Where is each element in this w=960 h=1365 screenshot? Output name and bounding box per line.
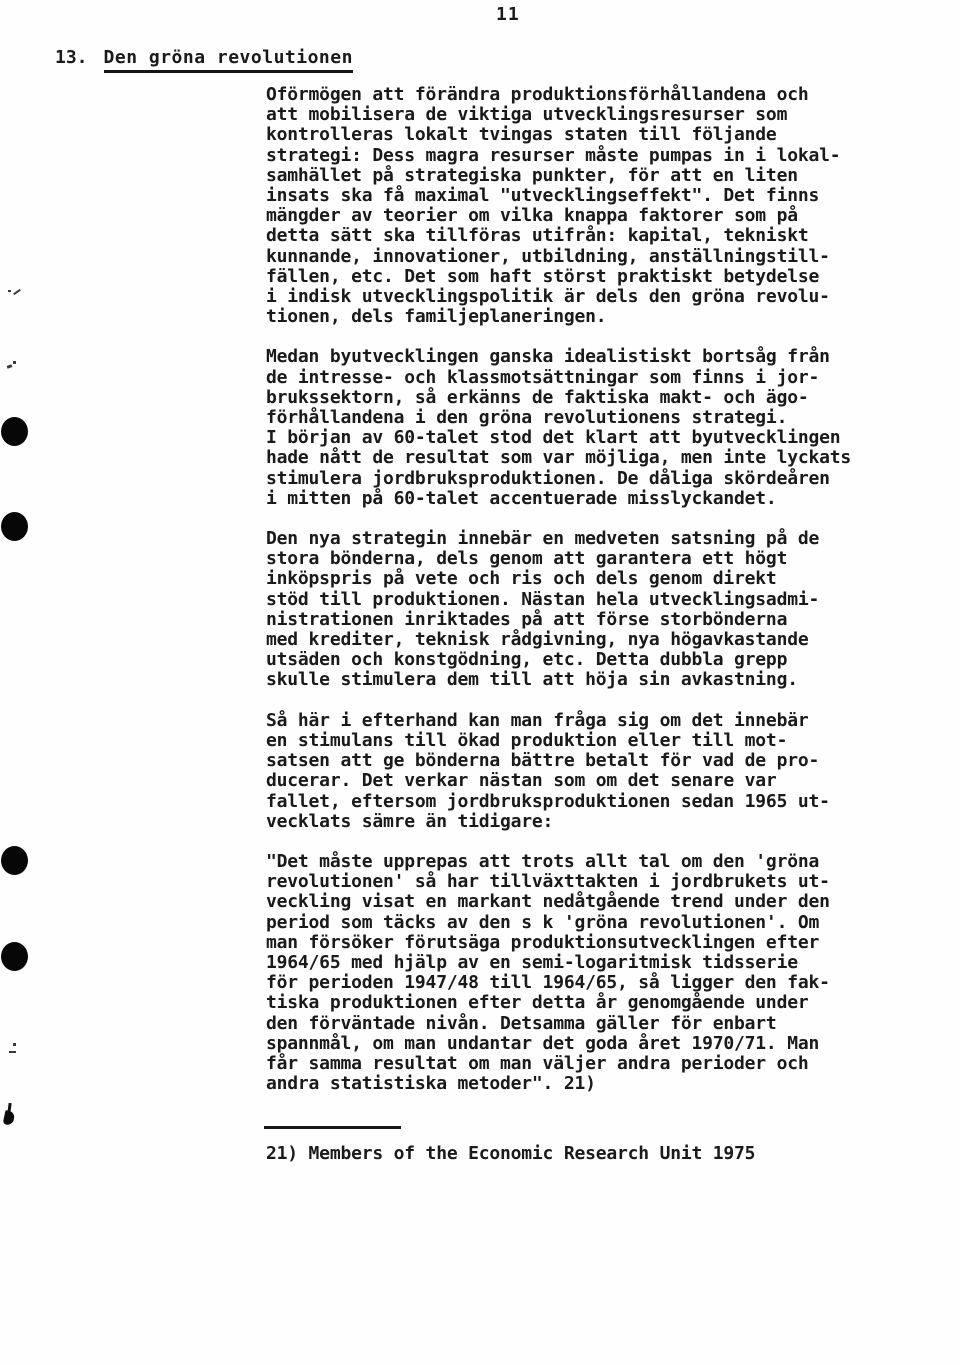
margin-mark-small	[7, 364, 13, 369]
section-title: Den gröna revolutionen	[104, 47, 353, 73]
scanned-document-page: 11 13.Den gröna revolutionen Oförmögen a…	[0, 0, 960, 1365]
margin-ink-dot-4	[1, 942, 28, 971]
footnote-text: 21) Members of the Economic Research Uni…	[266, 1143, 755, 1164]
section-number: 13.	[55, 47, 88, 68]
paragraph-4: Så här i efterhand kan man fråga sig om …	[266, 711, 886, 832]
footnote-separator-rule	[264, 1126, 401, 1129]
margin-mark-small	[13, 361, 16, 364]
paragraph-5-quote: "Det måste upprepas att trots allt tal o…	[266, 852, 886, 1094]
section-heading: 13.Den gröna revolutionen	[55, 47, 353, 73]
body-text-column: Oförmögen att förändra produktionsförhål…	[266, 85, 886, 1114]
paragraph-1: Oförmögen att förändra produktionsförhål…	[266, 85, 886, 327]
paragraph-2: Medan byutvecklingen ganska idealistiskt…	[266, 347, 886, 509]
page-number: 11	[496, 4, 520, 25]
margin-mark-dash	[9, 1051, 16, 1053]
margin-ink-dot-3	[1, 846, 28, 875]
margin-ink-dot-2	[1, 512, 28, 541]
margin-ink-dot-1	[1, 417, 28, 446]
margin-mark-slash	[13, 289, 21, 295]
paragraph-3: Den nya strategin innebär en medveten sa…	[266, 529, 886, 691]
margin-mark-slash	[8, 290, 11, 292]
margin-ink-blob	[3, 1110, 16, 1126]
margin-mark-dot	[13, 1043, 16, 1046]
